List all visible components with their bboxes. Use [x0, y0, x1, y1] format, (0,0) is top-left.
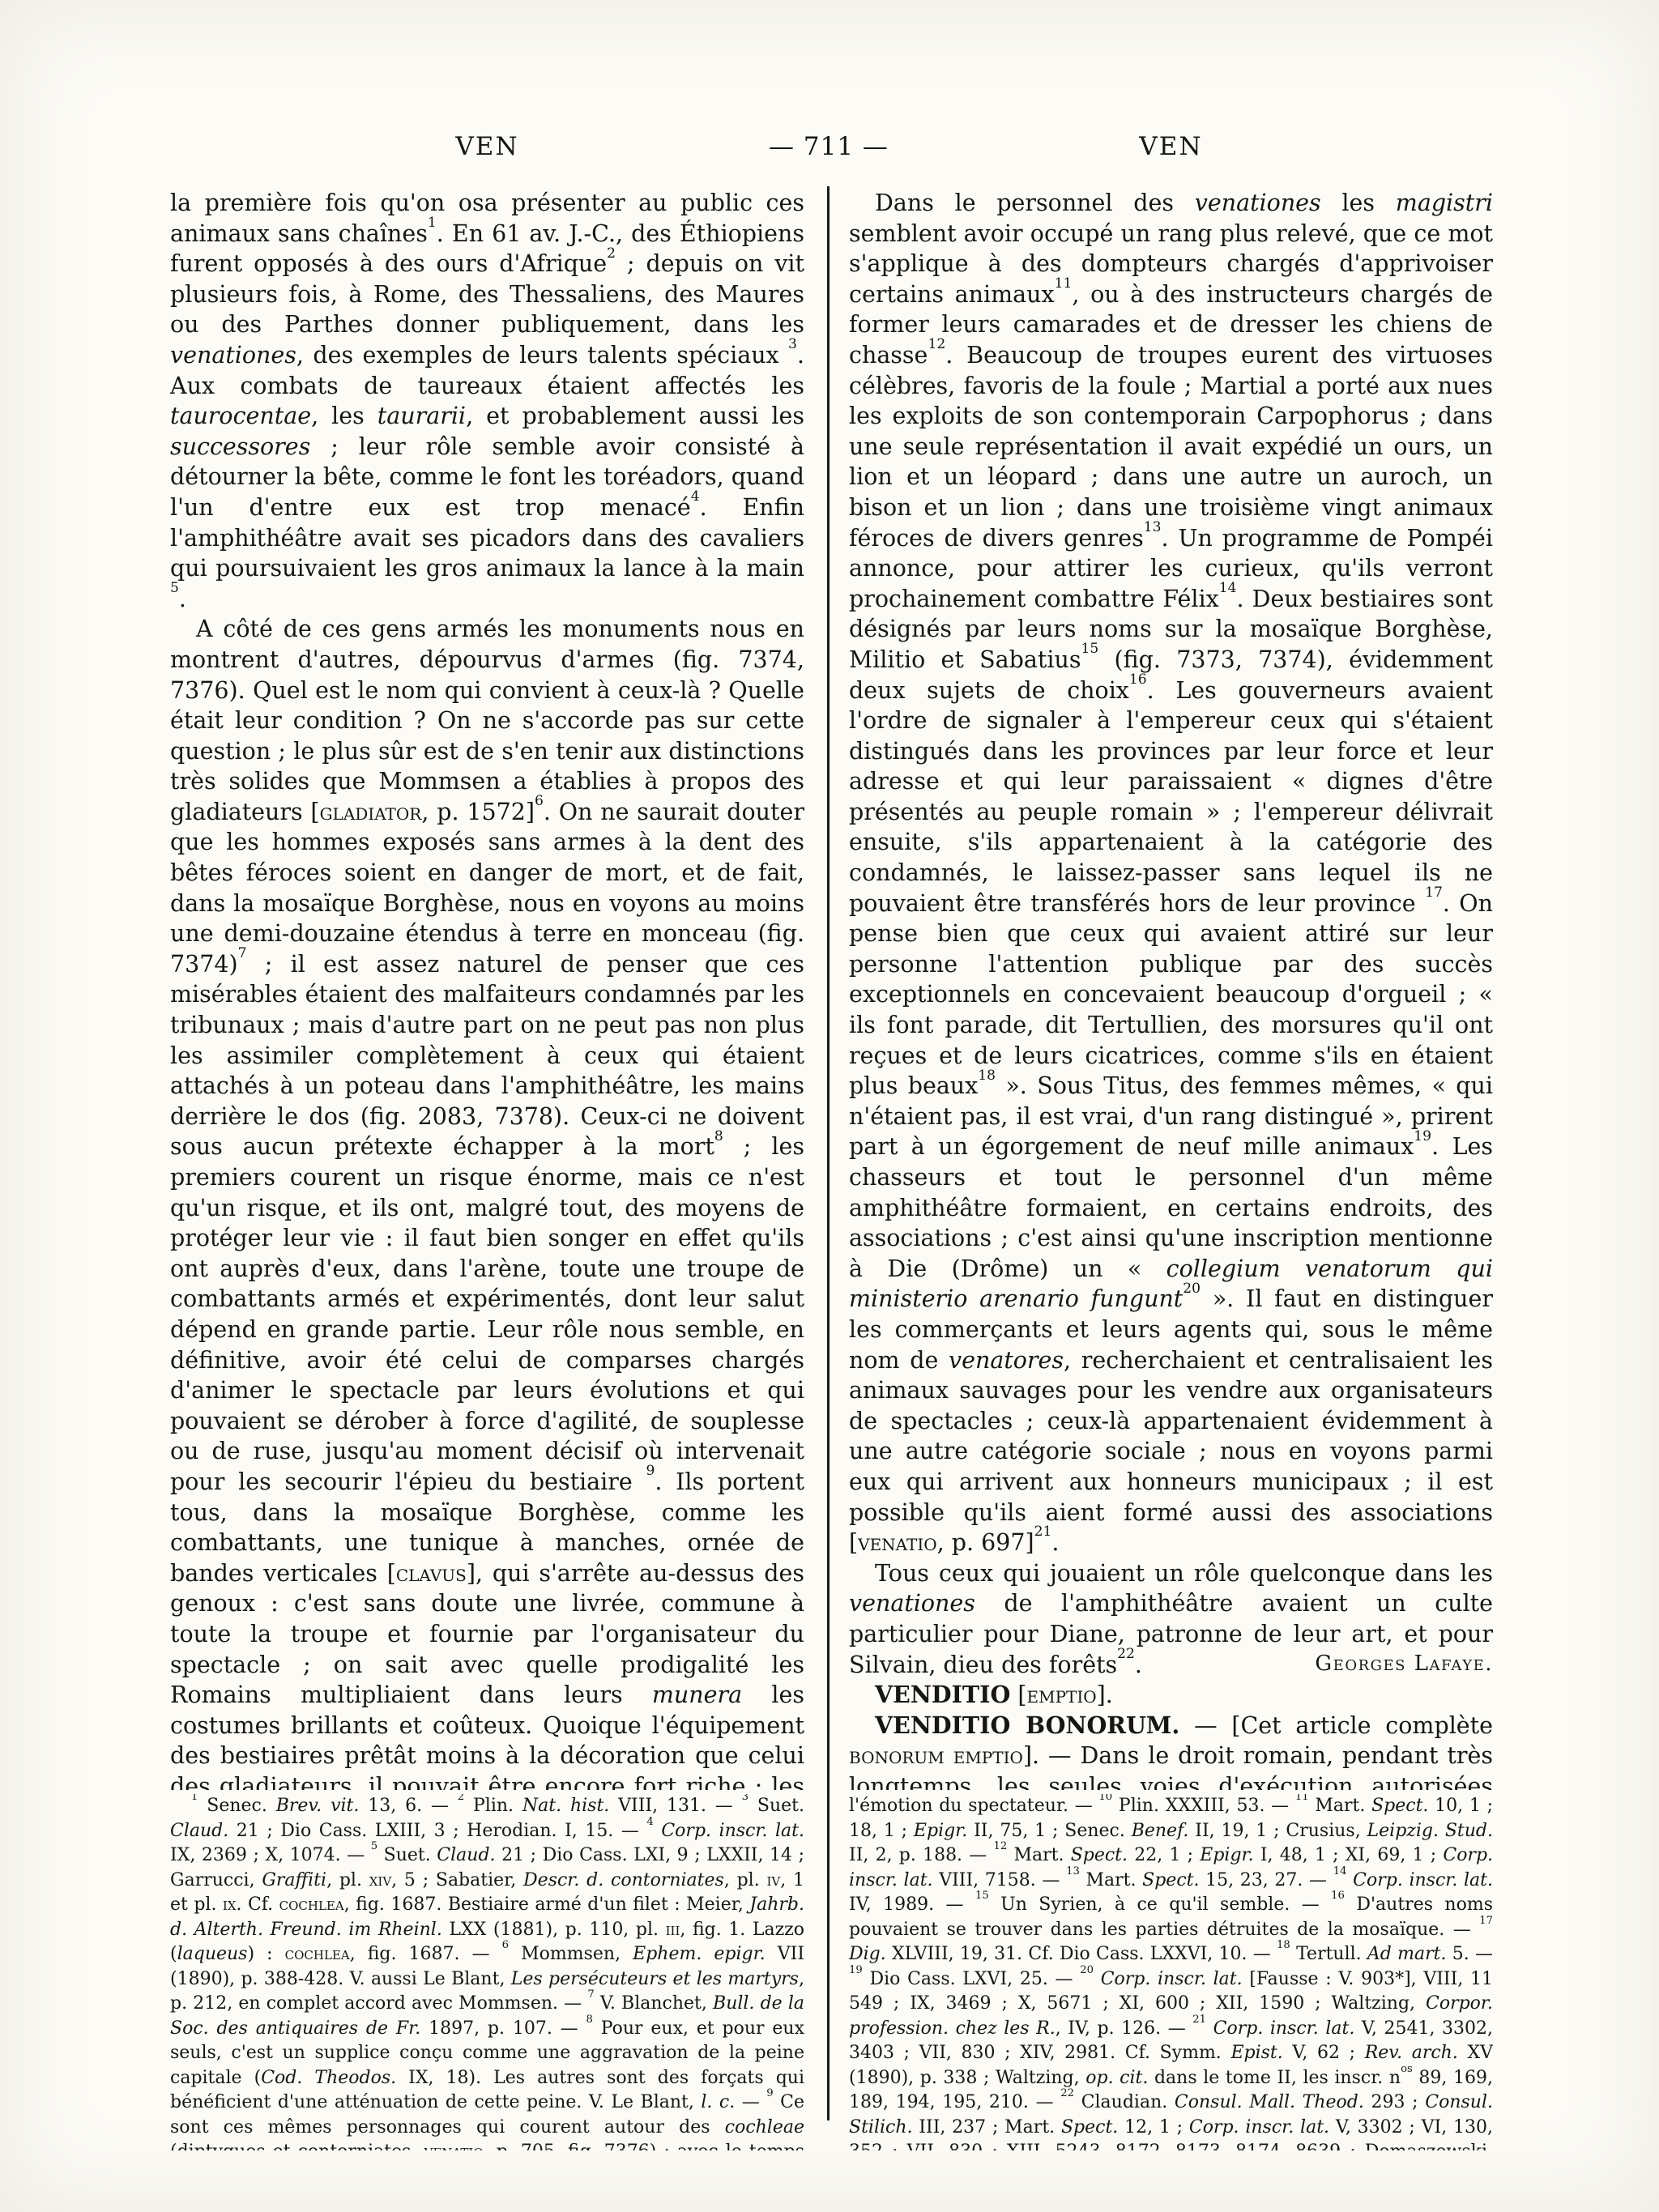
- running-head-keyword-left: VEN: [170, 132, 804, 161]
- entry-venditio-bonorum: VENDITIO BONORUM. — [Cet article complèt…: [849, 1711, 1493, 1790]
- closing-paragraph-with-signature: Tous ceux qui jouaient un rôle quelconqu…: [849, 1558, 1493, 1680]
- footnotes-left: 1 Senec. Brev. vit. 13, 6. — 2 Plin. Nat…: [170, 1794, 804, 2150]
- paragraph-continuation: la première fois qu'on osa présenter au …: [170, 188, 804, 614]
- author-signature: Georges Lafaye.: [1303, 1652, 1493, 1676]
- paragraph: Dans le personnel des venationes les mag…: [849, 188, 1493, 1558]
- footnotes-right: l'émotion du spectateur. — 10 Plin. XXXI…: [849, 1794, 1493, 2150]
- running-head-keyword-right: VEN: [849, 132, 1493, 161]
- paragraph: A côté de ces gens armés les monuments n…: [170, 614, 804, 1790]
- column-divider-rule: [827, 186, 829, 2120]
- entry-venditio: VENDITIO [emptio].: [849, 1680, 1493, 1711]
- right-column: Dans le personnel des venationes les mag…: [849, 188, 1493, 1790]
- scanned-dictionary-page: VEN — 711 — VEN la première fois qu'on o…: [0, 0, 1659, 2212]
- left-column: la première fois qu'on osa présenter au …: [170, 188, 804, 1790]
